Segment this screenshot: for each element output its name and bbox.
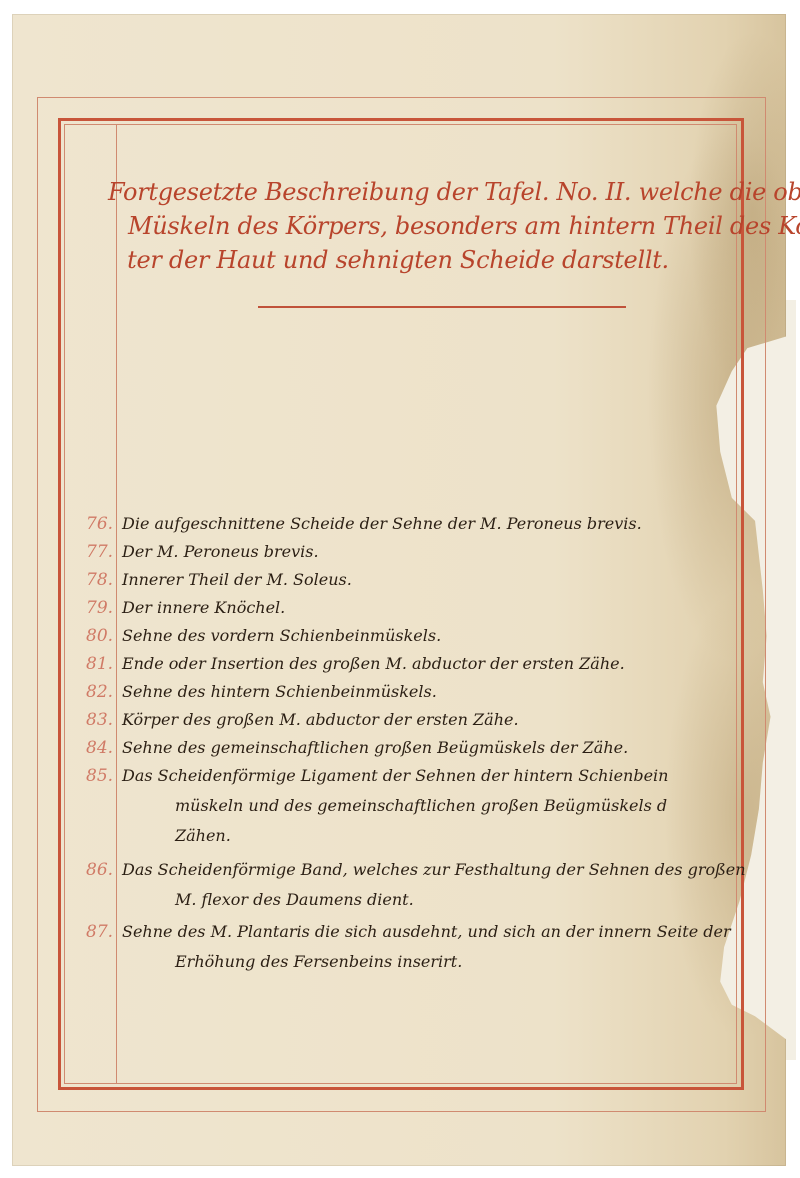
entry-text: Sehne des vordern Schienbeinmüskels.: [122, 626, 441, 645]
entry-text: Zähen.: [175, 826, 231, 845]
entry-text: Der innere Knöchel.: [122, 598, 285, 617]
title-line-1: Fortgesetzte Beschreibung der Tafel. No.…: [98, 175, 738, 209]
entry-text: Sehne des hintern Schienbeinmüskels.: [122, 682, 437, 701]
entry-text: Das Scheidenförmige Band, welches zur Fe…: [122, 860, 746, 879]
entry-number: 80.: [86, 626, 116, 646]
entry-text: Sehne des M. Plantaris die sich ausdehnt…: [122, 922, 731, 941]
entry-number: 77.: [86, 542, 116, 562]
entry-number: 78.: [86, 570, 116, 590]
entry-text: müskeln und des gemeinschaftlichen große…: [175, 796, 667, 815]
entry-text: Das Scheidenförmige Ligament der Sehnen …: [122, 766, 668, 785]
entry-number: 79.: [86, 598, 116, 618]
entry-number: 76.: [86, 514, 116, 534]
entry-number: 86.: [86, 860, 116, 880]
entry-text: Sehne des gemeinschaftlichen großen Beüg…: [122, 738, 628, 757]
entry-number: 84.: [86, 738, 116, 758]
entry-number: 81.: [86, 654, 116, 674]
entry-text: Erhöhung des Fersenbeins inserirt.: [175, 952, 462, 971]
title-line-2: Müskeln des Körpers, besonders am hinter…: [98, 209, 738, 243]
entry-number: 85.: [86, 766, 116, 786]
entry-text: Ende oder Insertion des großen M. abduct…: [122, 654, 625, 673]
entry-text: Innerer Theil der M. Soleus.: [122, 570, 352, 589]
entry-number: 87.: [86, 922, 116, 942]
entry-text: Körper des großen M. abductor der ersten…: [122, 710, 519, 729]
entry-number: 82.: [86, 682, 116, 702]
title-underline: [258, 306, 626, 308]
entry-text: Die aufgeschnittene Scheide der Sehne de…: [122, 514, 642, 533]
entry-text: Der M. Peroneus brevis.: [122, 542, 319, 561]
entry-text: M. flexor des Daumens dient.: [175, 890, 414, 909]
page-title: Fortgesetzte Beschreibung der Tafel. No.…: [98, 175, 738, 277]
entry-number: 83.: [86, 710, 116, 730]
title-line-3: ter der Haut und sehnigten Scheide darst…: [98, 243, 738, 277]
